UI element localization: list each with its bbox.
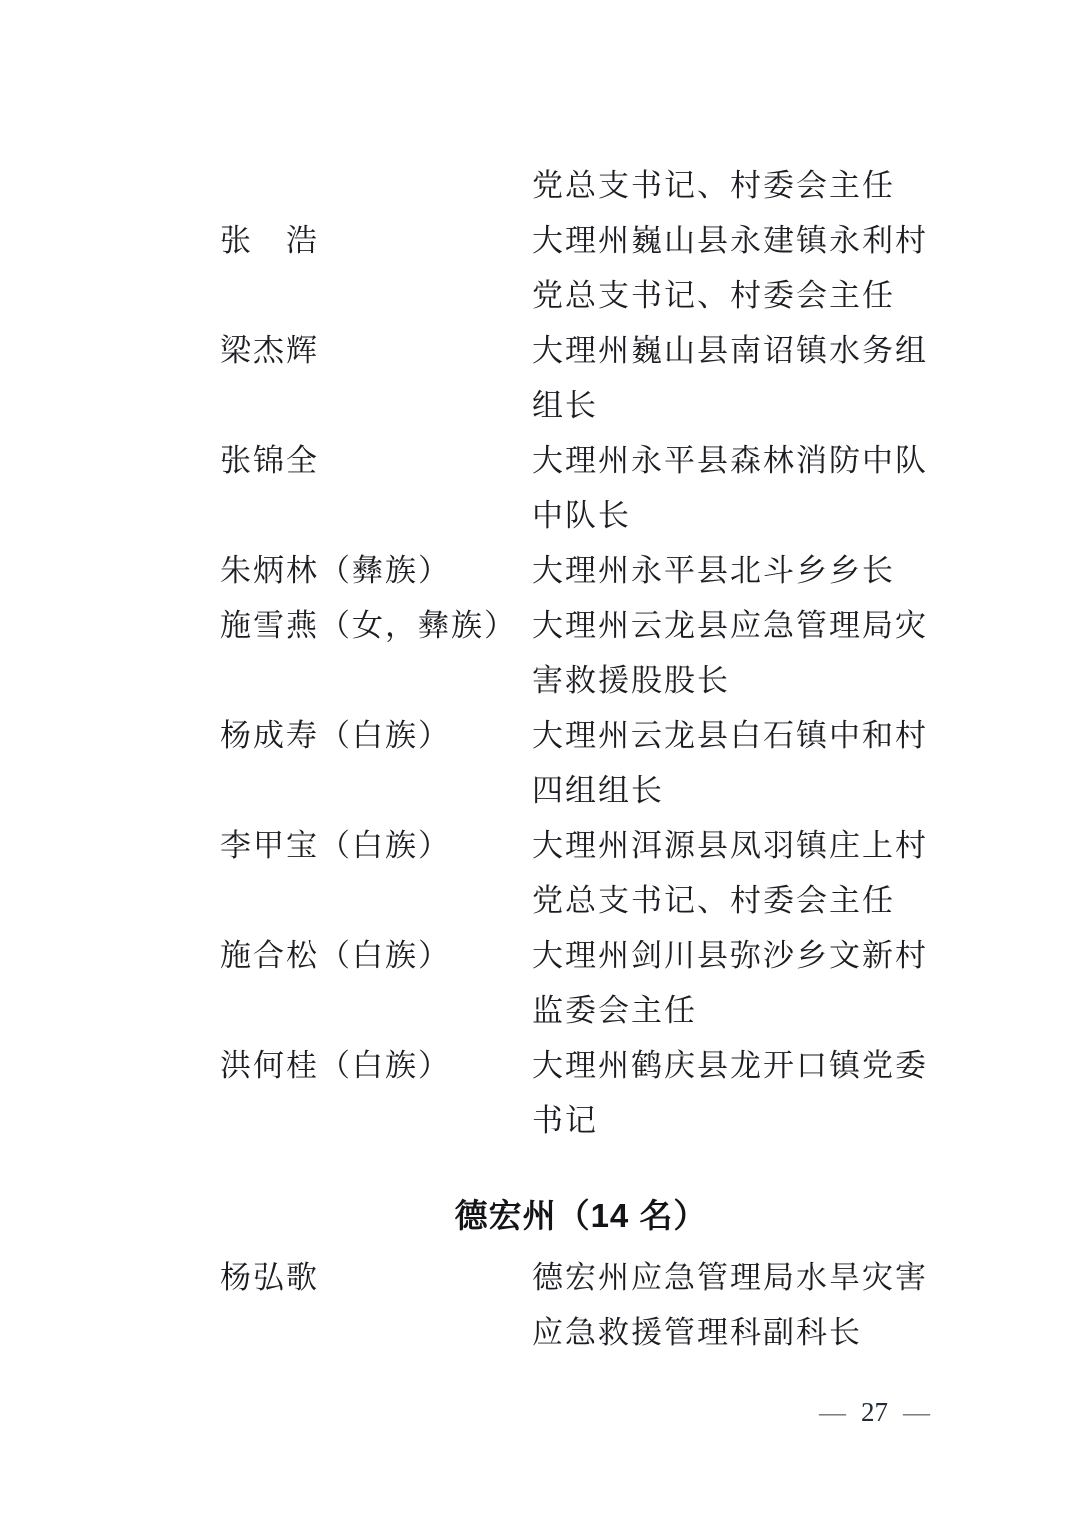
list-item: 党总支书记、村委会主任 — [220, 158, 942, 213]
person-name: 李甲宝（白族） — [220, 818, 532, 873]
position-line: 监委会主任 — [532, 983, 942, 1038]
page-number-value: 27 — [846, 1385, 903, 1440]
list-item: 施合松（白族） 大理州剑川县弥沙乡文新村 监委会主任 — [220, 928, 942, 1038]
person-name: 杨成寿（白族） — [220, 708, 532, 763]
person-position: 大理州洱源县凤羽镇庄上村 党总支书记、村委会主任 — [532, 818, 942, 928]
position-line: 党总支书记、村委会主任 — [532, 158, 942, 213]
person-name: 施合松（白族） — [220, 928, 532, 983]
section-title: 德宏州（14 名） — [220, 1188, 942, 1243]
position-line: 害救援股股长 — [532, 653, 942, 708]
position-line: 德宏州应急管理局水旱灾害 — [532, 1250, 942, 1305]
list-item: 洪何桂（白族） 大理州鹤庆县龙开口镇党委 书记 — [220, 1038, 942, 1148]
position-line: 书记 — [532, 1093, 942, 1148]
person-position: 大理州剑川县弥沙乡文新村 监委会主任 — [532, 928, 942, 1038]
list-item: 朱炳林（彝族） 大理州永平县北斗乡乡长 — [220, 543, 942, 598]
list-item: 李甲宝（白族） 大理州洱源县凤羽镇庄上村 党总支书记、村委会主任 — [220, 818, 942, 928]
position-line: 党总支书记、村委会主任 — [532, 873, 942, 928]
list-item: 张锦全 大理州永平县森林消防中队 中队长 — [220, 433, 942, 543]
person-position: 大理州巍山县永建镇永利村 党总支书记、村委会主任 — [532, 213, 942, 323]
person-name: 朱炳林（彝族） — [220, 543, 532, 598]
document-page: 党总支书记、村委会主任 张 浩 大理州巍山县永建镇永利村 党总支书记、村委会主任… — [0, 0, 1080, 1527]
page-number-dash-left: — — [819, 1397, 846, 1427]
person-position: 大理州鹤庆县龙开口镇党委 书记 — [532, 1038, 942, 1148]
position-line: 大理州鹤庆县龙开口镇党委 — [532, 1038, 942, 1093]
position-line: 组长 — [532, 378, 942, 433]
position-line: 大理州永平县森林消防中队 — [532, 433, 942, 488]
person-position: 德宏州应急管理局水旱灾害 应急救援管理科副科长 — [532, 1250, 942, 1360]
position-line: 党总支书记、村委会主任 — [532, 268, 942, 323]
list-item: 张 浩 大理州巍山县永建镇永利村 党总支书记、村委会主任 — [220, 213, 942, 323]
position-line: 大理州洱源县凤羽镇庄上村 — [532, 818, 942, 873]
position-line: 大理州永平县北斗乡乡长 — [532, 543, 942, 598]
position-line: 应急救援管理科副科长 — [532, 1305, 942, 1360]
page-number-dash-right: — — [903, 1397, 930, 1427]
position-line: 大理州剑川县弥沙乡文新村 — [532, 928, 942, 983]
person-position: 大理州永平县北斗乡乡长 — [532, 543, 942, 598]
position-line: 四组组长 — [532, 763, 942, 818]
page-number: —27— — [819, 1385, 930, 1440]
list-item: 施雪燕（女，彝族） 大理州云龙县应急管理局灾 害救援股股长 — [220, 598, 942, 708]
person-position: 党总支书记、村委会主任 — [532, 158, 942, 213]
position-line: 中队长 — [532, 488, 942, 543]
person-position: 大理州永平县森林消防中队 中队长 — [532, 433, 942, 543]
position-line: 大理州巍山县南诏镇水务组 — [532, 323, 942, 378]
person-name: 杨弘歌 — [220, 1250, 532, 1305]
person-name: 张 浩 — [220, 213, 532, 268]
person-name: 施雪燕（女，彝族） — [220, 598, 532, 653]
person-position: 大理州云龙县应急管理局灾 害救援股股长 — [532, 598, 942, 708]
list-item: 杨成寿（白族） 大理州云龙县白石镇中和村 四组组长 — [220, 708, 942, 818]
list-item: 杨弘歌 德宏州应急管理局水旱灾害 应急救援管理科副科长 — [220, 1250, 942, 1360]
person-name: 洪何桂（白族） — [220, 1038, 532, 1093]
person-position: 大理州巍山县南诏镇水务组 组长 — [532, 323, 942, 433]
position-line: 大理州云龙县白石镇中和村 — [532, 708, 942, 763]
roster-list: 党总支书记、村委会主任 张 浩 大理州巍山县永建镇永利村 党总支书记、村委会主任… — [220, 158, 942, 1360]
person-name: 梁杰辉 — [220, 323, 532, 378]
person-position: 大理州云龙县白石镇中和村 四组组长 — [532, 708, 942, 818]
position-line: 大理州巍山县永建镇永利村 — [532, 213, 942, 268]
position-line: 大理州云龙县应急管理局灾 — [532, 598, 942, 653]
list-item: 梁杰辉 大理州巍山县南诏镇水务组 组长 — [220, 323, 942, 433]
person-name: 张锦全 — [220, 433, 532, 488]
